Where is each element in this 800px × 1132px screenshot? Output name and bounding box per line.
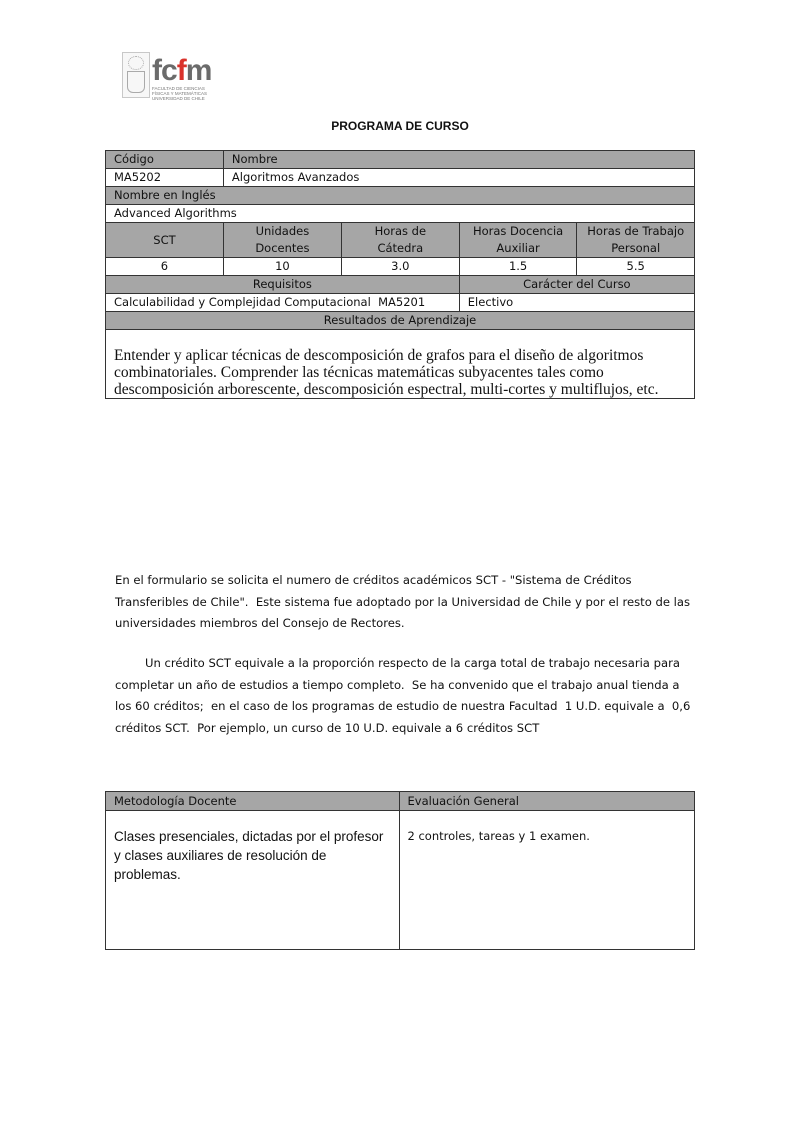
page-title: PROGRAMA DE CURSO <box>0 119 800 133</box>
logo-wordmark-part3: m <box>186 54 212 87</box>
english-name-row: Advanced Algorithms <box>106 205 695 223</box>
caracter-value: Electivo <box>459 294 694 312</box>
code-name-header-row: Código Nombre <box>106 151 695 169</box>
sct-header: SCT <box>106 223 224 258</box>
horas-catedra-header: Horas deCátedra <box>341 223 459 258</box>
codigo-label: Código <box>106 151 224 169</box>
requisitos-row: Calculabilidad y Complejidad Computacion… <box>106 294 695 312</box>
evaluacion-value: 2 controles, tareas y 1 examen. <box>399 811 694 950</box>
unidades-docentes-value: 10 <box>223 258 341 276</box>
horas-trabajo-personal-value: 5.5 <box>577 258 695 276</box>
requisitos-header-row: Requisitos Carácter del Curso <box>106 276 695 294</box>
sun-emblem-icon <box>128 56 144 70</box>
resultados-value: Entender y aplicar técnicas de descompos… <box>106 330 695 399</box>
university-crest-icon <box>122 52 150 98</box>
sct-definition-text: Un crédito SCT equivale a la proporción … <box>115 656 694 735</box>
methodology-table: Metodología Docente Evaluación General C… <box>105 791 695 950</box>
logo-subtitle-line3: UNIVERSIDAD DE CHILE <box>152 96 207 101</box>
unidades-docentes-header: UnidadesDocentes <box>223 223 341 258</box>
logo-subtitle: FACULTAD DE CIENCIAS FÍSICAS Y MATEMÁTIC… <box>152 86 207 101</box>
english-name-header-row: Nombre en Inglés <box>106 187 695 205</box>
shield-emblem-icon <box>127 71 145 93</box>
sct-value: 6 <box>106 258 224 276</box>
horas-docencia-auxiliar-header: Horas DocenciaAuxiliar <box>459 223 577 258</box>
sct-note-paragraph: En el formulario se solicita el numero d… <box>115 570 695 635</box>
hours-values-row: 6 10 3.0 1.5 5.5 <box>106 258 695 276</box>
hours-header-row: SCT UnidadesDocentes Horas deCátedra Hor… <box>106 223 695 258</box>
nombre-ingles-label: Nombre en Inglés <box>106 187 695 205</box>
horas-trabajo-personal-header: Horas de TrabajoPersonal <box>577 223 695 258</box>
logo-wordmark: fcfm <box>152 56 211 86</box>
caracter-label: Carácter del Curso <box>459 276 694 294</box>
code-name-row: MA5202 Algoritmos Avanzados <box>106 169 695 187</box>
methodology-header-row: Metodología Docente Evaluación General <box>106 792 695 811</box>
codigo-value: MA5202 <box>106 169 224 187</box>
course-table: Código Nombre MA5202 Algoritmos Avanzado… <box>105 150 695 399</box>
requisitos-label: Requisitos <box>106 276 460 294</box>
sct-definition-paragraph: Un crédito SCT equivale a la proporción … <box>115 653 695 739</box>
horas-catedra-value: 3.0 <box>341 258 459 276</box>
metodologia-label: Metodología Docente <box>106 792 400 811</box>
resultados-row: Entender y aplicar técnicas de descompos… <box>106 330 695 399</box>
metodologia-value: Clases presenciales, dictadas por el pro… <box>106 811 400 950</box>
nombre-label: Nombre <box>223 151 694 169</box>
resultados-label: Resultados de Aprendizaje <box>106 312 695 330</box>
logo-wordmark-part1: fc <box>152 54 177 87</box>
nombre-ingles-value: Advanced Algorithms <box>106 205 695 223</box>
logo-wordmark-accent: f <box>177 54 186 87</box>
evaluacion-label: Evaluación General <box>399 792 694 811</box>
requisitos-value: Calculabilidad y Complejidad Computacion… <box>106 294 460 312</box>
nombre-value: Algoritmos Avanzados <box>223 169 694 187</box>
methodology-row: Clases presenciales, dictadas por el pro… <box>106 811 695 950</box>
fcfm-logo: fcfm FACULTAD DE CIENCIAS FÍSICAS Y MATE… <box>122 52 210 98</box>
horas-docencia-auxiliar-value: 1.5 <box>459 258 577 276</box>
resultados-header-row: Resultados de Aprendizaje <box>106 312 695 330</box>
